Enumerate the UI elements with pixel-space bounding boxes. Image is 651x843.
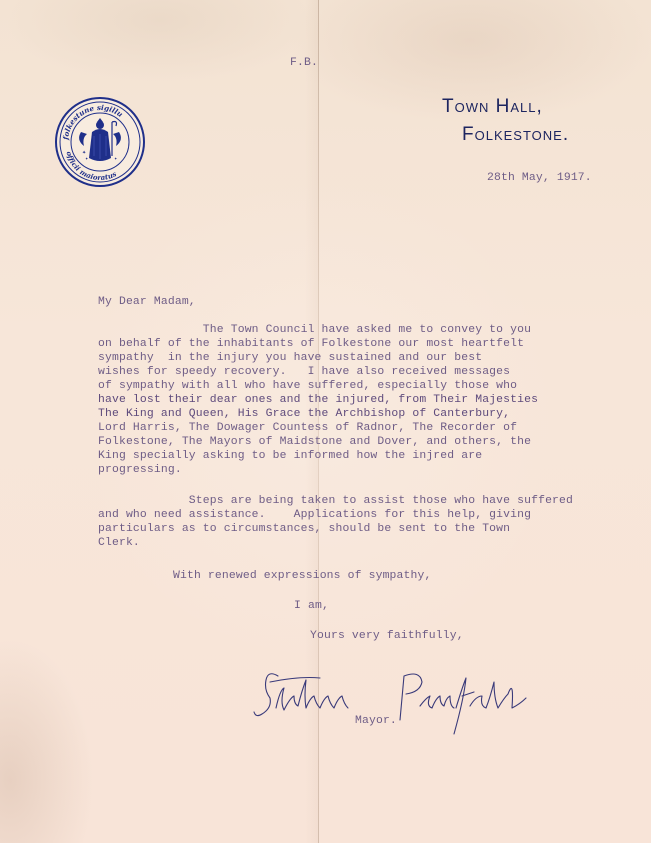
- body-line: of sympathy with all who have suffered, …: [98, 379, 517, 393]
- body-line: sympathy in the injury you have sustaine…: [98, 351, 482, 365]
- body-line: particulars as to circumstances, should …: [98, 522, 510, 536]
- body-line: on behalf of the inhabitants of Folkesto…: [98, 337, 524, 351]
- letterhead-line-1: Town Hall,: [442, 96, 543, 118]
- closing-line-2: I am,: [294, 599, 329, 613]
- body-line: progressing.: [98, 463, 182, 477]
- body-line: Lord Harris, The Dowager Countess of Rad…: [98, 421, 517, 435]
- closing-line: With renewed expressions of sympathy,: [173, 569, 431, 583]
- letterhead-line-2: Folkestone.: [462, 124, 569, 146]
- mayor-signature: [250, 668, 570, 738]
- body-line: Folkestone, The Mayors of Maidstone and …: [98, 435, 531, 449]
- body-line: King specially asking to be informed how…: [98, 449, 482, 463]
- body-line: Steps are being taken to assist those wh…: [98, 494, 573, 508]
- body-line: wishes for speedy recovery. I have also …: [98, 365, 510, 379]
- body-line: The King and Queen, His Grace the Archbi…: [98, 407, 510, 421]
- signatory-title: Mayor.: [355, 714, 397, 728]
- closing-line-3: Yours very faithfully,: [310, 629, 464, 643]
- salutation: My Dear Madam,: [98, 295, 196, 309]
- folkestone-seal-icon: folkestune sigillu officii maioratus ✦ ✦…: [54, 96, 146, 188]
- letter-date: 28th May, 1917.: [487, 171, 592, 185]
- body-line: have lost their dear ones and the injure…: [98, 393, 538, 407]
- body-line: The Town Council have asked me to convey…: [98, 323, 531, 337]
- reference-initials: F.B.: [290, 56, 318, 70]
- body-line: Clerk.: [98, 536, 140, 550]
- body-line: and who need assistance. Applications fo…: [98, 508, 531, 522]
